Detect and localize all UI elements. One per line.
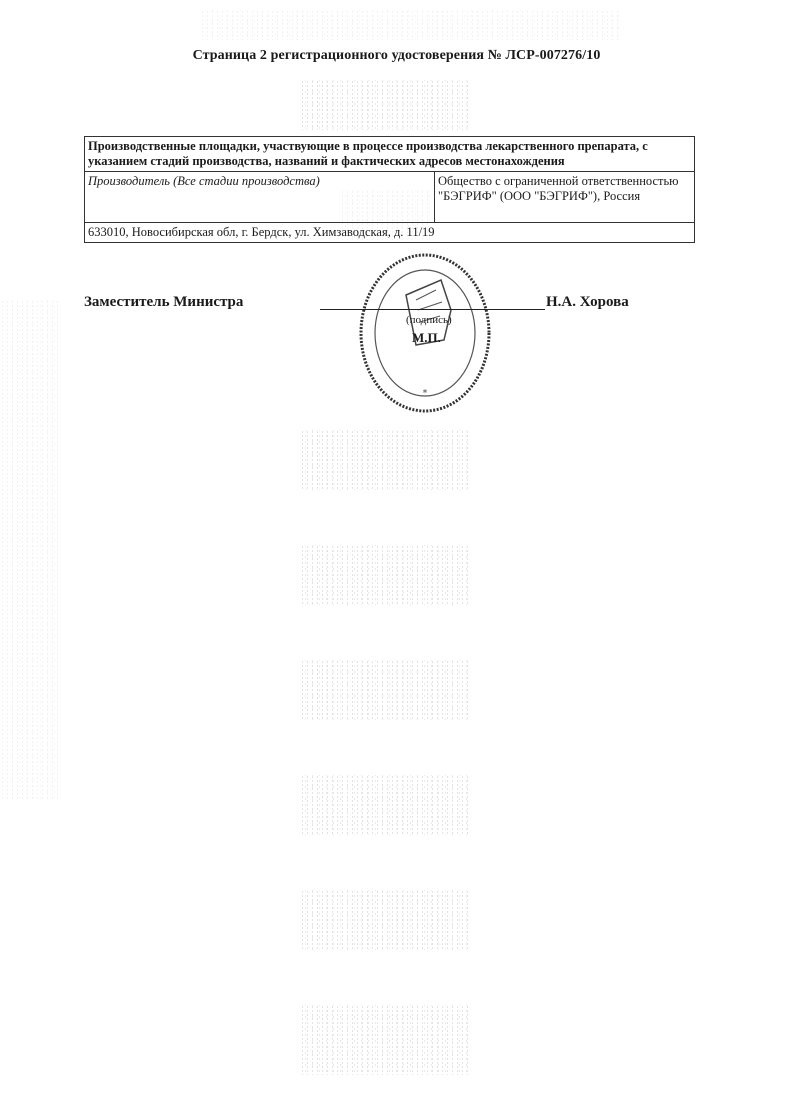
signer-name: Н.А. Хорова: [546, 294, 629, 311]
producer-role-cell: Производитель (Все стадии производства): [85, 172, 435, 223]
address-row: 633010, Новосибирская обл, г. Бердск, ул…: [85, 223, 695, 243]
signature-caption: (подпись): [406, 314, 452, 326]
address-cell: 633010, Новосибирская обл, г. Бердск, ул…: [85, 223, 695, 243]
scan-noise-block-3: [300, 545, 470, 605]
production-sites-table: Производственные площадки, участвующие в…: [84, 136, 695, 243]
scan-noise-block-6: [300, 890, 470, 950]
signature-line: [320, 309, 545, 310]
page-title: Страница 2 регистрационного удостоверени…: [0, 48, 793, 64]
table-header-cell: Производственные площадки, участвующие в…: [85, 137, 695, 172]
scan-noise-block-4: [300, 660, 470, 720]
scan-noise-block-2: [300, 430, 470, 490]
company-cell: Общество с ограниченной ответственностью…: [435, 172, 695, 223]
scan-noise-block-1: [300, 80, 470, 130]
scan-noise-top: [200, 10, 620, 40]
table-row: Производитель (Все стадии производства) …: [85, 172, 695, 223]
scan-noise-block-5: [300, 775, 470, 835]
signer-position: Заместитель Министра: [84, 294, 243, 311]
signature-block: Заместитель Министра (подпись) М.П. Н.А.…: [0, 294, 793, 424]
scan-noise-block-7: [300, 1005, 470, 1075]
table-header-row: Производственные площадки, участвующие в…: [85, 137, 695, 172]
stamp-mark: М.П.: [412, 330, 441, 346]
